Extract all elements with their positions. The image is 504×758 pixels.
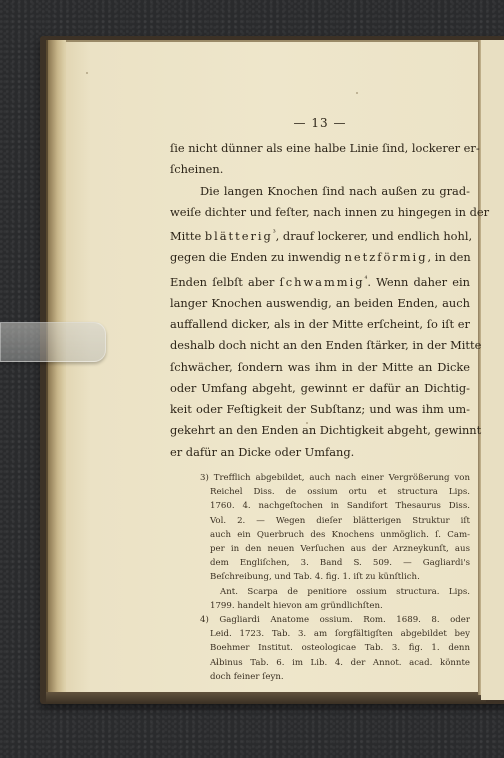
body-line: deshalb doch nicht an den Enden ſtärker,…: [170, 335, 470, 356]
emphasis-term: netzförmig: [345, 250, 428, 264]
body-line: Die langen Knochen ſind nach außen zu gr…: [170, 181, 470, 202]
body-line: weiſe dichter und feſter, nach innen zu …: [170, 202, 470, 223]
emphasis-term: blätterig: [205, 229, 273, 243]
footnote-3-line: Beſchreibung, und Tab. 4. fig. 1. iſt zu…: [200, 570, 470, 584]
body-line: keit oder Feſtigkeit der Subſtanz; und w…: [170, 399, 470, 420]
body-line: gekehrt an den Enden an Dichtigkeit abge…: [170, 420, 470, 441]
body-line: ſchwächer, ſondern was ihm in der Mitte …: [170, 357, 470, 378]
paper-spot: [86, 72, 88, 74]
footnote-4-line: doch feiner ſeyn.: [200, 670, 470, 684]
footnote-4-line: Albinus Tab. 6. im Lib. 4. der Annot. ac…: [200, 656, 470, 670]
footnote-4-line: Boehmer Institut. osteologicae Tab. 3. f…: [200, 641, 470, 655]
body-line: ſcheinen.: [170, 159, 470, 180]
text-run: , drauf lockerer, und endlich hohl,: [276, 229, 472, 243]
plastic-page-clip: [0, 322, 106, 362]
page-number: — 13 —: [170, 116, 470, 130]
footnote-4-line: Leid. 1723. Tab. 3. am ſorgfältigſten ab…: [200, 627, 470, 641]
footnote-3-subline: 1799. handelt hievon am gründlichſten.: [200, 599, 470, 613]
text-run: Enden ſelbſt aber: [170, 274, 280, 288]
footnote-3-subline: Ant. Scarpa de penitiore ossium structur…: [200, 585, 470, 599]
footnote-4-line: 4) Gagliardi Anatome ossium. Rom. 1689. …: [200, 613, 470, 627]
text-run: gegen die Enden zu inwendig: [170, 250, 345, 264]
body-line: er dafür an Dicke oder Umfang.: [170, 442, 470, 463]
footnote-3-line: auch ein Querbruch des Knochens unmöglic…: [200, 528, 470, 542]
page-text: — 13 — ſie nicht dünner als eine halbe L…: [170, 100, 470, 684]
paper-spot: [356, 92, 358, 94]
text-run: Mitte: [170, 229, 205, 243]
body-line: Enden ſelbſt aber ſchwammig⁴. Wenn daher…: [170, 269, 470, 293]
body-line: auffallend dicker, als in der Mitte erſc…: [170, 314, 470, 335]
body-line: ſie nicht dünner als eine halbe Linie ſi…: [170, 138, 470, 159]
footnote-3-line: Reichel Diss. de ossium ortu et structur…: [200, 485, 470, 499]
footnote-3-line: dem Engliſchen, 3. Band S. 509. — Gaglia…: [200, 556, 470, 570]
footnote-3-line: 3) Trefflich abgebildet, auch nach einer…: [200, 471, 470, 485]
body-line: gegen die Enden zu inwendig netzförmig, …: [170, 247, 470, 268]
text-run: , in den: [428, 250, 471, 264]
emphasis-term: ſchwammig: [280, 274, 365, 288]
body-line: Mitte blätterig³, drauf lockerer, und en…: [170, 223, 470, 247]
footnotes: 3) Trefflich abgebildet, auch nach einer…: [170, 471, 470, 684]
facing-page-edge: [481, 40, 504, 700]
text-run: . Wenn daher ein: [367, 274, 470, 288]
footnote-3-line: per in den neuen Verſuchen aus der Arzne…: [200, 542, 470, 556]
body-line: langer Knochen auswendig, an beiden Ende…: [170, 293, 470, 314]
body-line: oder Umfang abgeht, gewinnt er dafür an …: [170, 378, 470, 399]
footnote-3-line: Vol. 2. — Wegen dieſer blätterigen Struk…: [200, 514, 470, 528]
footnote-3-line: 1760. 4. nachgeſtochen in Sandifort Thes…: [200, 499, 470, 513]
